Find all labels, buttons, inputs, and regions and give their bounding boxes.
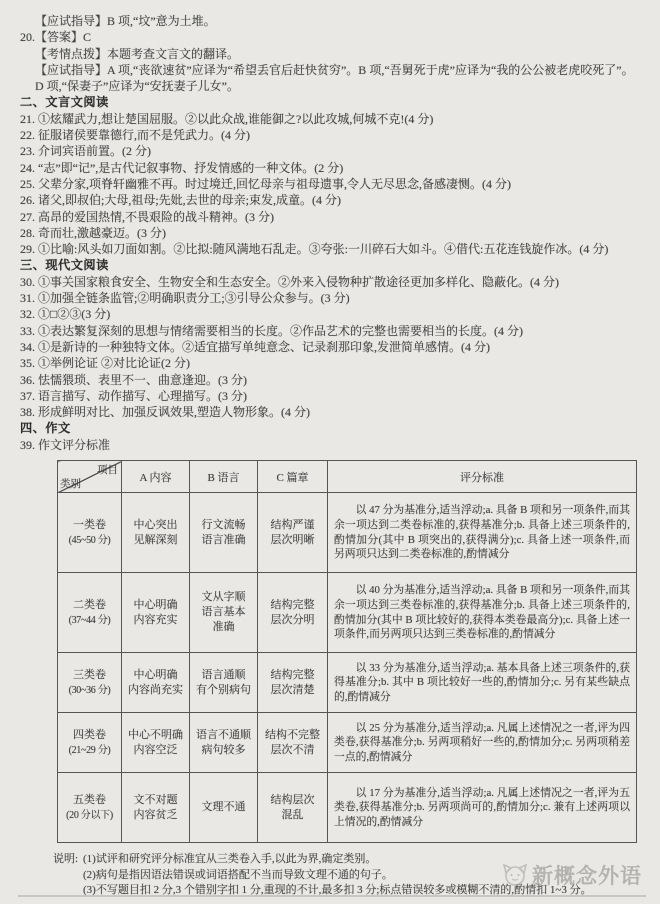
answer-line: 24. “志”即“记”,是古代记叙事物、抒发情感的一种文体。(2 分) xyxy=(20,160,642,176)
criterion-line: 层次分明 xyxy=(262,613,323,628)
scoring-standard-text: 以 47 分为基准分,适当浮动;a. 具备 B 项和另一项条件,而其余一项达到二… xyxy=(334,503,630,561)
scoring-standard-cell: 以 17 分为基准分,适当浮动;a. 凡属上述情况之一者,评为五类卷,获得基准分… xyxy=(328,773,637,843)
criterion-cell-c: 结构完整层次分明 xyxy=(258,573,328,653)
scoring-standard-text: 以 17 分为基准分,适当浮动;a. 凡属上述情况之一者,评为五类卷,获得基准分… xyxy=(334,786,630,830)
category-cell: 三类卷(30~36 分) xyxy=(58,653,122,713)
notes-label: 说明: xyxy=(53,852,83,868)
criterion-cell-a: 中心明确内容尚充实 xyxy=(122,653,190,713)
watermark-text: 新概念外语 xyxy=(532,860,642,890)
answer-line: 26. 诸父,即叔伯;大母,祖母;先妣,去世的母亲;束发,成童。(4 分) xyxy=(20,192,642,208)
criterion-line: 病句较多 xyxy=(194,743,253,758)
answer-line: 29. ①比喻:风头如刀面如割。②比拟:随风满地石乱走。③夸张:一川碎石大如斗。… xyxy=(20,241,642,257)
answer-line: 31. ①加强全链条监管;②明确职责分工;③引导公众参与。(3 分) xyxy=(20,290,642,306)
section-heading: 三、现代文阅读 xyxy=(20,257,642,273)
category-cell: 五类卷(20 分以下) xyxy=(58,773,122,843)
criterion-line: 混乱 xyxy=(262,808,323,823)
criterion-line: 文不对题 xyxy=(126,793,185,808)
criterion-cell-c: 结构层次混乱 xyxy=(258,773,328,843)
table-row: 五类卷(20 分以下)文不对题内容贫乏文理不通结构层次混乱以 17 分为基准分,… xyxy=(58,773,637,843)
criterion-line: 语言通顺 xyxy=(194,668,253,683)
rubric-table: 项目 类别 A 内容 B 语言 C 篇章 评分标准 一类卷(45~50 分)中心… xyxy=(57,460,637,843)
criterion-cell-c: 结构严谨层次明晰 xyxy=(258,493,328,573)
criterion-cell-c: 结构完整层次清楚 xyxy=(258,653,328,713)
criterion-line: 层次清楚 xyxy=(262,683,323,698)
criterion-line: 结构完整 xyxy=(262,668,323,683)
scoring-standard-cell: 以 47 分为基准分,适当浮动;a. 具备 B 项和另一项条件,而其余一项达到二… xyxy=(328,493,637,573)
criterion-cell-b: 文从字顺语言基本准确 xyxy=(190,573,258,653)
criterion-line: 内容充实 xyxy=(126,613,185,628)
answer-line: 35. ①举例论证 ②对比论证(2 分) xyxy=(20,355,642,371)
answer-line: 33. ①表达繁复深刻的思想与情绪需要相当的长度。②作品艺术的完整也需要相当的长… xyxy=(20,323,642,339)
answer-line: 34. ①是新诗的一种独特文体。②适宜描写单纯意念、记录刹那印象,发泄简单感情。… xyxy=(20,339,642,355)
criterion-line: 结构不完整 xyxy=(262,728,323,743)
table-row: 一类卷(45~50 分)中心突出见解深刻行文流畅语言准确结构严谨层次明晰以 47… xyxy=(58,493,637,573)
criterion-line: 内容空泛 xyxy=(126,743,185,758)
criterion-line: 中心明确 xyxy=(126,668,185,683)
criterion-cell-a: 中心明确内容充实 xyxy=(122,573,190,653)
scoring-standard-text: 以 25 分为基准分,适当浮动;a. 凡属上述情况之一者,评为四类卷,获得基准分… xyxy=(334,721,630,765)
answer-line: 【应试指导】A 项,“丧欲速贫”应译为“希望丢官后赶快贫穷”。B 项,“吾舅死于… xyxy=(35,62,642,95)
column-header-content: A 内容 xyxy=(122,461,190,493)
criterion-cell-b: 文理不通 xyxy=(190,773,258,843)
criterion-line: 层次明晰 xyxy=(262,533,323,548)
scoring-standard-cell: 以 40 分为基准分,适当浮动;a. 具备 B 项和另一项条件,而其余一项达到三… xyxy=(328,573,637,653)
category-name: 二类卷 xyxy=(62,598,117,613)
answer-line: 20.【答案】C xyxy=(20,29,642,45)
category-score-range: (20 分以下) xyxy=(62,808,117,823)
criterion-line: 中心明确 xyxy=(126,598,185,613)
criterion-line: 语言基本 xyxy=(194,605,253,620)
table-row: 四类卷(21~29 分)中心不明确内容空泛语言不通顺病句较多结构不完整层次不清以… xyxy=(58,713,637,773)
note-item: (2)病句是指因语法错误或词语搭配不当而导致文理不通的句子。 xyxy=(83,869,393,881)
criterion-cell-b: 行文流畅语言准确 xyxy=(190,493,258,573)
answer-line: 25. 父辈分家,项脊轩幽雅不再。时过境迁,回忆母亲与祖母遗事,令人无尽思念,备… xyxy=(20,176,642,192)
column-header-criteria: 评分标准 xyxy=(328,461,637,493)
table-row: 二类卷(37~44 分)中心明确内容充实文从字顺语言基本准确结构完整层次分明以 … xyxy=(58,573,637,653)
scoring-standard-cell: 以 33 分为基准分,适当浮动;a. 基本具备上述三项条件的,获得基准分;b. … xyxy=(328,653,637,713)
category-name: 一类卷 xyxy=(62,518,117,533)
criterion-line: 结构严谨 xyxy=(262,518,323,533)
criterion-cell-a: 文不对题内容贫乏 xyxy=(122,773,190,843)
answer-line: 30. ①事关国家粮食安全、生物安全和生态安全。②外来入侵物种扩散途径更加多样化… xyxy=(20,274,642,290)
answer-line: 38. 形成鲜明对比、加强反讽效果,塑造人物形象。(4 分) xyxy=(20,404,642,420)
column-header-structure: C 篇章 xyxy=(258,461,328,493)
answer-line: 28. 奇而壮,激越豪迈。(3 分) xyxy=(20,225,642,241)
watermark: 新概念外语 xyxy=(502,860,642,890)
category-score-range: (30~36 分) xyxy=(62,683,117,698)
criterion-line: 文理不通 xyxy=(194,800,253,815)
category-name: 三类卷 xyxy=(62,668,117,683)
answer-line: 【应试指导】B 项,“坟”意为土堆。 xyxy=(35,13,642,29)
criterion-line: 中心不明确 xyxy=(126,728,185,743)
answer-lines: 【应试指导】B 项,“坟”意为土堆。20.【答案】C【考情点拨】本题考查文言文的… xyxy=(20,13,642,453)
answer-line: 22. 征服诸侯要靠德行,而不是凭武力。(4 分) xyxy=(20,127,642,143)
criterion-line: 行文流畅 xyxy=(194,518,253,533)
answer-line: 【考情点拨】本题考查文言文的翻译。 xyxy=(35,46,642,62)
criterion-line: 见解深刻 xyxy=(126,533,185,548)
category-cell: 一类卷(45~50 分) xyxy=(58,493,122,573)
criterion-cell-b: 语言不通顺病句较多 xyxy=(190,713,258,773)
scoring-standard-text: 以 33 分为基准分,适当浮动;a. 基本具备上述三项条件的,获得基准分;b. … xyxy=(334,661,630,705)
criterion-line: 有个别病句 xyxy=(194,683,253,698)
criterion-cell-b: 语言通顺有个别病句 xyxy=(190,653,258,713)
category-score-range: (37~44 分) xyxy=(62,613,117,628)
table-row: 三类卷(30~36 分)中心明确内容尚充实语言通顺有个别病句结构完整层次清楚以 … xyxy=(58,653,637,713)
criterion-line: 内容贫乏 xyxy=(126,808,185,823)
criterion-line: 中心突出 xyxy=(126,518,185,533)
criterion-cell-a: 中心突出见解深刻 xyxy=(122,493,190,573)
category-score-range: (21~29 分) xyxy=(62,743,117,758)
note-item: (1)试评和研究评分标准宜从三类卷入手,以此为界,确定类别。 xyxy=(83,853,376,865)
bottom-divider xyxy=(18,895,646,897)
category-cell: 四类卷(21~29 分) xyxy=(58,713,122,773)
category-score-range: (45~50 分) xyxy=(62,533,117,548)
category-name: 四类卷 xyxy=(62,728,117,743)
criterion-line: 层次不清 xyxy=(262,743,323,758)
table-header-row: 项目 类别 A 内容 B 语言 C 篇章 评分标准 xyxy=(58,461,637,493)
scoring-standard-text: 以 40 分为基准分,适当浮动;a. 具备 B 项和另一项条件,而其余一项达到三… xyxy=(334,583,630,641)
column-header-language: B 语言 xyxy=(190,461,258,493)
answer-line: 39. 作文评分标准 xyxy=(20,437,642,453)
criterion-line: 语言准确 xyxy=(194,533,253,548)
page: 【应试指导】B 项,“坟”意为土堆。20.【答案】C【考情点拨】本题考查文言文的… xyxy=(0,0,660,904)
answer-line: 36. 怯懦猥琐、表里不一、曲意逢迎。(3 分) xyxy=(20,372,642,388)
criterion-line: 内容尚充实 xyxy=(126,683,185,698)
category-cell: 二类卷(37~44 分) xyxy=(58,573,122,653)
criterion-line: 文从字顺 xyxy=(194,590,253,605)
criterion-line: 结构层次 xyxy=(262,793,323,808)
answer-line: 23. 介词宾语前置。(2 分) xyxy=(20,143,642,159)
answer-line: 37. 语言描写、动作描写、心理描写。(3 分) xyxy=(20,388,642,404)
criterion-cell-a: 中心不明确内容空泛 xyxy=(122,713,190,773)
scoring-standard-cell: 以 25 分为基准分,适当浮动;a. 凡属上述情况之一者,评为四类卷,获得基准分… xyxy=(328,713,637,773)
corner-label-category: 类别 xyxy=(60,476,81,491)
corner-label-item: 项目 xyxy=(97,462,118,477)
criterion-line: 语言不通顺 xyxy=(194,728,253,743)
cat-logo-icon xyxy=(502,863,528,887)
criterion-line: 结构完整 xyxy=(262,598,323,613)
section-heading: 二、文言文阅读 xyxy=(20,94,642,110)
rubric-table-body: 一类卷(45~50 分)中心突出见解深刻行文流畅语言准确结构严谨层次明晰以 47… xyxy=(58,493,637,843)
answer-line: 32. ①□②③(3 分) xyxy=(20,306,642,322)
answer-line: 21. ①炫耀武力,想让楚国屈服。②以此众战,谁能御之?以此攻城,何城不克!(4… xyxy=(20,111,642,127)
criterion-cell-c: 结构不完整层次不清 xyxy=(258,713,328,773)
section-heading: 四、作文 xyxy=(20,420,642,436)
corner-header-cell: 项目 类别 xyxy=(58,461,122,493)
criterion-line: 准确 xyxy=(194,620,253,635)
answer-line: 27. 高昂的爱国热情,不畏艰险的战斗精神。(3 分) xyxy=(20,209,642,225)
category-name: 五类卷 xyxy=(62,793,117,808)
